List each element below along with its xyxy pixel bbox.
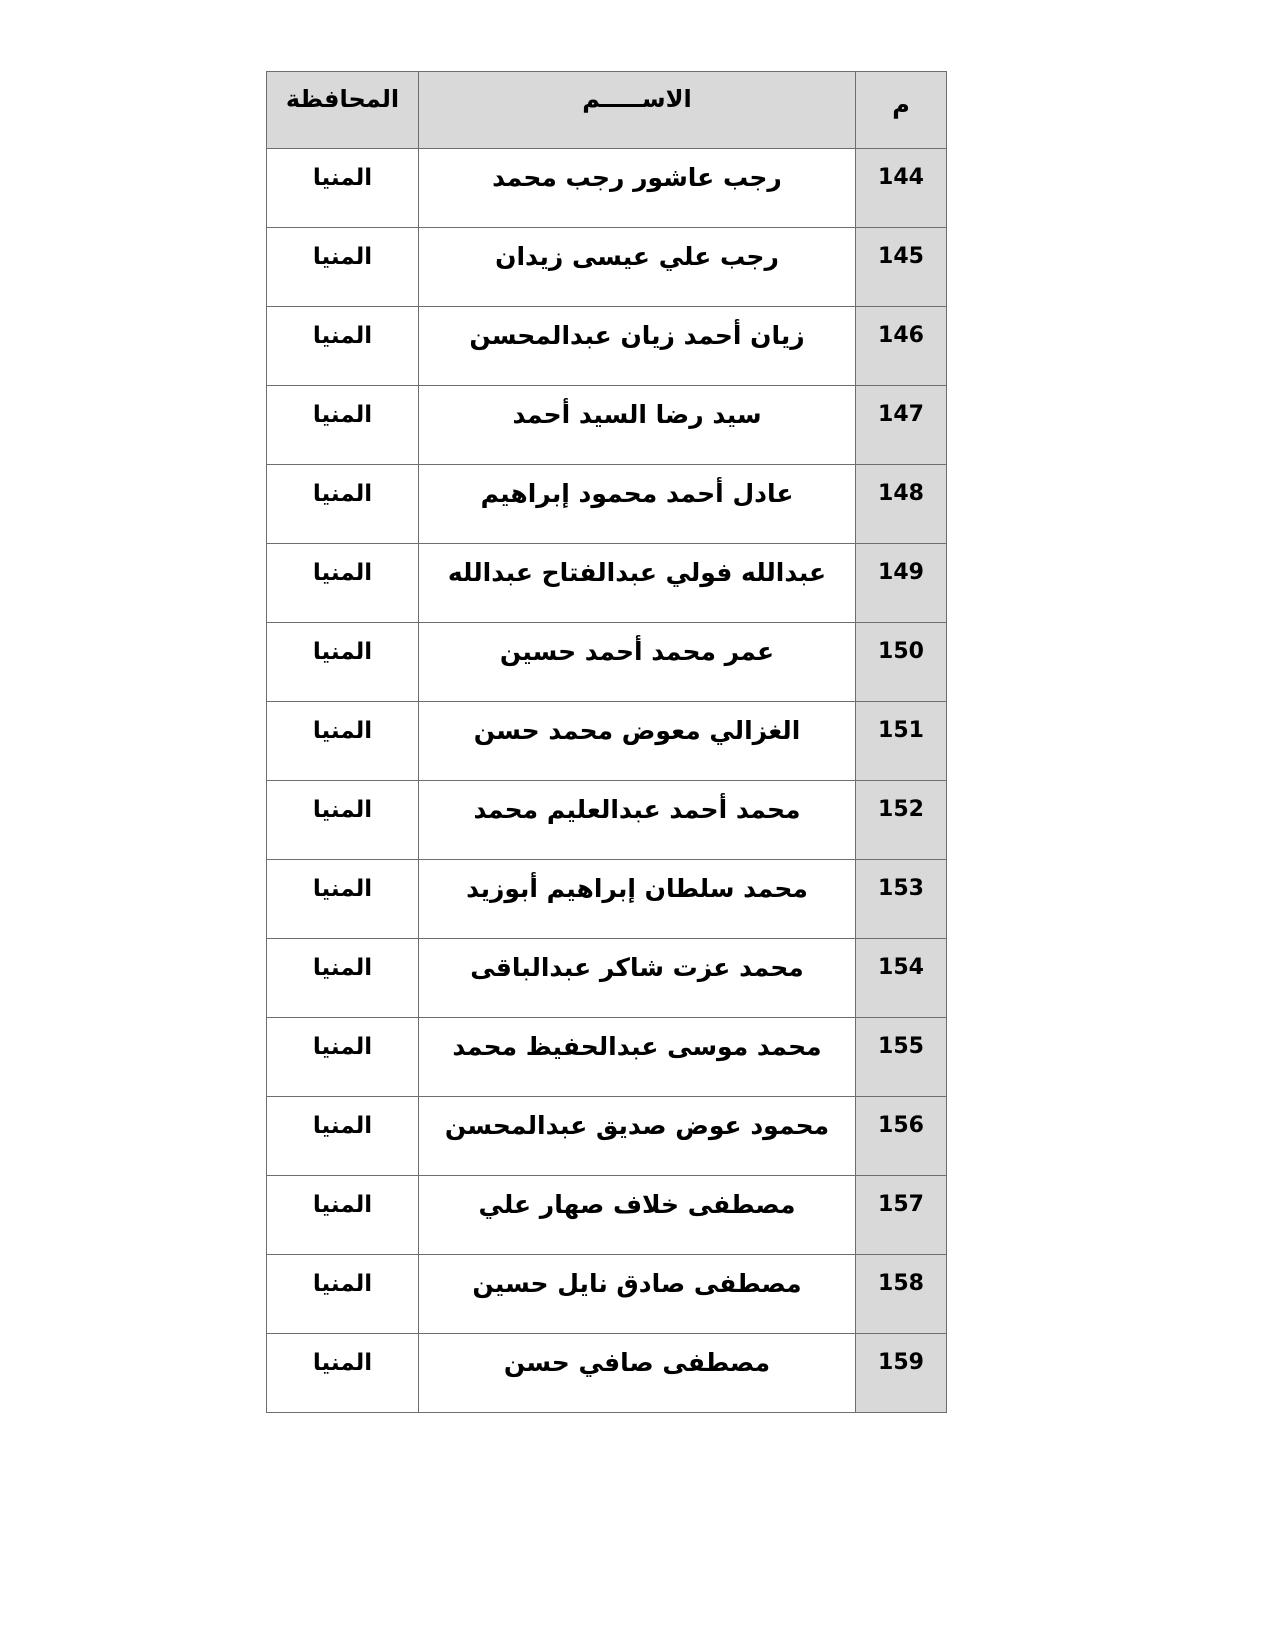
governorate-cell: المنيا	[267, 544, 419, 623]
name-cell: رجب علي عيسى زيدان	[419, 228, 856, 307]
governorate-cell: المنيا	[267, 781, 419, 860]
governorate-text: المنيا	[267, 1334, 418, 1378]
governorate-text: المنيا	[267, 1097, 418, 1141]
table-row: المنيا مصطفى صادق نايل حسين 158	[267, 1255, 947, 1334]
number-cell: 145	[856, 228, 947, 307]
name-cell: رجب عاشور رجب محمد	[419, 149, 856, 228]
table-row: المنيا محمد سلطان إبراهيم أبوزيد 153	[267, 860, 947, 939]
table-row: المنيا محمود عوض صديق عبدالمحسن 156	[267, 1097, 947, 1176]
name-cell: عبدالله فولي عبدالفتاح عبدالله	[419, 544, 856, 623]
number-text: 146	[856, 307, 946, 351]
number-cell: 157	[856, 1176, 947, 1255]
table-row: المنيا الغزالي معوض محمد حسن 151	[267, 702, 947, 781]
header-number: م	[856, 72, 947, 149]
name-cell: محمد سلطان إبراهيم أبوزيد	[419, 860, 856, 939]
number-cell: 153	[856, 860, 947, 939]
name-cell: عمر محمد أحمد حسين	[419, 623, 856, 702]
governorate-text: المنيا	[267, 860, 418, 904]
governorate-text: المنيا	[267, 702, 418, 746]
number-text: 156	[856, 1097, 946, 1141]
name-text: مصطفى صادق نايل حسين	[419, 1255, 855, 1299]
names-table: المحافظة الاســـــم م المنيا رجب عاشور ر…	[266, 71, 947, 1413]
name-cell: عادل أحمد محمود إبراهيم	[419, 465, 856, 544]
governorate-cell: المنيا	[267, 1176, 419, 1255]
number-cell: 144	[856, 149, 947, 228]
number-text: 151	[856, 702, 946, 746]
table-row: المنيا عبدالله فولي عبدالفتاح عبدالله 14…	[267, 544, 947, 623]
number-text: 158	[856, 1255, 946, 1299]
governorate-cell: المنيا	[267, 702, 419, 781]
name-text: محمد عزت شاكر عبدالباقى	[419, 939, 855, 983]
table-header-row: المحافظة الاســـــم م	[267, 72, 947, 149]
governorate-text: المنيا	[267, 228, 418, 272]
number-text: 153	[856, 860, 946, 904]
name-cell: مصطفى صادق نايل حسين	[419, 1255, 856, 1334]
name-cell: سيد رضا السيد أحمد	[419, 386, 856, 465]
governorate-cell: المنيا	[267, 465, 419, 544]
table-row: المنيا عادل أحمد محمود إبراهيم 148	[267, 465, 947, 544]
header-name-label: الاســـــم	[419, 72, 855, 114]
number-text: 148	[856, 465, 946, 509]
table-row: المنيا مصطفى صافي حسن 159	[267, 1334, 947, 1413]
governorate-text: المنيا	[267, 939, 418, 983]
number-text: 147	[856, 386, 946, 430]
governorate-cell: المنيا	[267, 386, 419, 465]
document-page: المحافظة الاســـــم م المنيا رجب عاشور ر…	[0, 0, 1275, 1650]
header-name: الاســـــم	[419, 72, 856, 149]
number-text: 150	[856, 623, 946, 667]
name-text: محمد موسى عبدالحفيظ محمد	[419, 1018, 855, 1062]
number-cell: 150	[856, 623, 947, 702]
name-text: مصطفى صافي حسن	[419, 1334, 855, 1378]
governorate-cell: المنيا	[267, 307, 419, 386]
table-row: المنيا رجب عاشور رجب محمد 144	[267, 149, 947, 228]
governorate-cell: المنيا	[267, 149, 419, 228]
number-text: 144	[856, 149, 946, 193]
name-cell: محمد عزت شاكر عبدالباقى	[419, 939, 856, 1018]
name-text: مصطفى خلاف صهار علي	[419, 1176, 855, 1220]
number-text: 154	[856, 939, 946, 983]
header-governorate-label: المحافظة	[267, 72, 418, 114]
governorate-cell: المنيا	[267, 228, 419, 307]
number-cell: 146	[856, 307, 947, 386]
governorate-text: المنيا	[267, 781, 418, 825]
number-cell: 159	[856, 1334, 947, 1413]
table-row: المنيا عمر محمد أحمد حسين 150	[267, 623, 947, 702]
name-text: الغزالي معوض محمد حسن	[419, 702, 855, 746]
governorate-text: المنيا	[267, 1255, 418, 1299]
name-text: رجب علي عيسى زيدان	[419, 228, 855, 272]
governorate-text: المنيا	[267, 623, 418, 667]
table-row: المنيا محمد عزت شاكر عبدالباقى 154	[267, 939, 947, 1018]
governorate-cell: المنيا	[267, 1018, 419, 1097]
governorate-cell: المنيا	[267, 1334, 419, 1413]
name-text: زيان أحمد زيان عبدالمحسن	[419, 307, 855, 351]
governorate-text: المنيا	[267, 307, 418, 351]
number-cell: 147	[856, 386, 947, 465]
name-cell: الغزالي معوض محمد حسن	[419, 702, 856, 781]
number-text: 149	[856, 544, 946, 588]
governorate-text: المنيا	[267, 386, 418, 430]
number-cell: 156	[856, 1097, 947, 1176]
number-text: 155	[856, 1018, 946, 1062]
table-row: المنيا رجب علي عيسى زيدان 145	[267, 228, 947, 307]
number-text: 157	[856, 1176, 946, 1220]
table-row: المنيا محمد أحمد عبدالعليم محمد 152	[267, 781, 947, 860]
name-cell: مصطفى صافي حسن	[419, 1334, 856, 1413]
governorate-text: المنيا	[267, 1018, 418, 1062]
number-cell: 148	[856, 465, 947, 544]
name-cell: محمد موسى عبدالحفيظ محمد	[419, 1018, 856, 1097]
name-cell: مصطفى خلاف صهار علي	[419, 1176, 856, 1255]
governorate-text: المنيا	[267, 544, 418, 588]
number-text: 152	[856, 781, 946, 825]
name-cell: محمود عوض صديق عبدالمحسن	[419, 1097, 856, 1176]
table-row: المنيا زيان أحمد زيان عبدالمحسن 146	[267, 307, 947, 386]
governorate-cell: المنيا	[267, 1097, 419, 1176]
table-row: المنيا مصطفى خلاف صهار علي 157	[267, 1176, 947, 1255]
name-text: سيد رضا السيد أحمد	[419, 386, 855, 430]
name-text: عبدالله فولي عبدالفتاح عبدالله	[419, 544, 855, 588]
table-row: المنيا محمد موسى عبدالحفيظ محمد 155	[267, 1018, 947, 1097]
number-cell: 151	[856, 702, 947, 781]
number-cell: 152	[856, 781, 947, 860]
table-row: المنيا سيد رضا السيد أحمد 147	[267, 386, 947, 465]
name-text: محمد أحمد عبدالعليم محمد	[419, 781, 855, 825]
governorate-text: المنيا	[267, 465, 418, 509]
name-text: عادل أحمد محمود إبراهيم	[419, 465, 855, 509]
governorate-text: المنيا	[267, 149, 418, 193]
number-text: 159	[856, 1334, 946, 1378]
governorate-cell: المنيا	[267, 623, 419, 702]
header-number-label: م	[856, 72, 946, 120]
name-text: عمر محمد أحمد حسين	[419, 623, 855, 667]
number-cell: 158	[856, 1255, 947, 1334]
number-cell: 154	[856, 939, 947, 1018]
name-cell: محمد أحمد عبدالعليم محمد	[419, 781, 856, 860]
governorate-cell: المنيا	[267, 860, 419, 939]
name-text: محمود عوض صديق عبدالمحسن	[419, 1097, 855, 1141]
number-cell: 149	[856, 544, 947, 623]
number-cell: 155	[856, 1018, 947, 1097]
governorate-cell: المنيا	[267, 939, 419, 1018]
governorate-cell: المنيا	[267, 1255, 419, 1334]
number-text: 145	[856, 228, 946, 272]
name-text: محمد سلطان إبراهيم أبوزيد	[419, 860, 855, 904]
header-governorate: المحافظة	[267, 72, 419, 149]
name-cell: زيان أحمد زيان عبدالمحسن	[419, 307, 856, 386]
governorate-text: المنيا	[267, 1176, 418, 1220]
name-text: رجب عاشور رجب محمد	[419, 149, 855, 193]
